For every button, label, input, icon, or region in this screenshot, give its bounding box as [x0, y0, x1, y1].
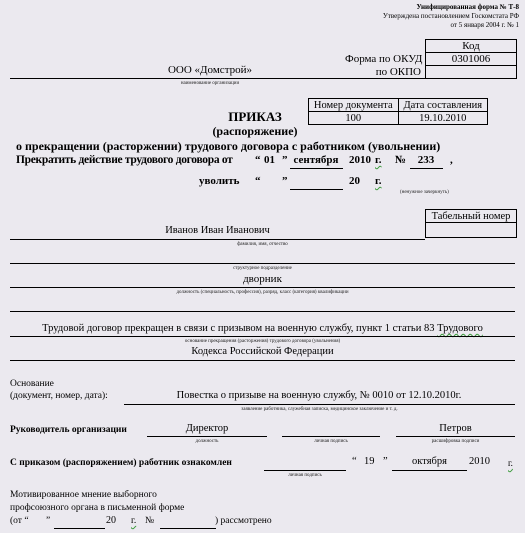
head-name-line: [396, 436, 515, 437]
approved-date: от 5 января 2004 г. № 1: [451, 21, 519, 29]
dismiss-year-prefix: 20: [349, 175, 360, 187]
basis-value[interactable]: Повестка о призыве на военную службу, № …: [124, 390, 514, 401]
terminate-month-line: [290, 168, 343, 169]
codes-header: Код: [426, 40, 517, 53]
personnel-number-header: Табельный номер: [426, 210, 517, 223]
organization-line: [10, 78, 425, 79]
ack-year-suffix: г.: [508, 458, 513, 468]
organization-name[interactable]: ООО «Домстрой»: [10, 64, 410, 76]
ack-day[interactable]: 19: [364, 456, 375, 467]
dismiss-note: (ненужное зачеркнуть): [400, 190, 449, 195]
terminate-day-open: “: [255, 154, 261, 166]
basis-caption: заявление работника, служебная записка, …: [124, 407, 515, 412]
acknowledged-signature-caption: личная подпись: [264, 473, 346, 478]
approved-by: Утверждена постановлением Госкомстата РФ: [383, 12, 519, 20]
personnel-number-value[interactable]: [426, 223, 517, 238]
terminate-number[interactable]: 233: [410, 154, 442, 166]
dismiss-label: уволить: [199, 175, 239, 187]
employee-position[interactable]: дворник: [10, 273, 515, 285]
ack-month-line: [392, 470, 467, 471]
doc-date-header: Дата составления: [398, 99, 487, 112]
employee-name-caption: фамилия, имя, отчество: [10, 242, 515, 247]
terminate-day[interactable]: 01: [264, 154, 275, 166]
basis-label2: (документ, номер, дата):: [10, 391, 108, 401]
terminate-month[interactable]: сентября: [290, 154, 342, 166]
doc-date-value[interactable]: 19.10.2010: [398, 112, 487, 125]
union-end: ) рассмотрено: [215, 516, 272, 526]
basis-line: [124, 404, 515, 405]
grounds-line1[interactable]: Трудовой договор прекращен в связи с при…: [10, 323, 515, 334]
head-label: Руководитель организации: [10, 425, 127, 435]
head-signature-line[interactable]: [282, 436, 380, 437]
union-number-label: №: [145, 516, 154, 526]
union-number-line[interactable]: [160, 528, 216, 529]
head-name-caption: расшифровка подписи: [396, 439, 515, 444]
dismiss-month-line[interactable]: [290, 189, 343, 190]
ack-day-open: “: [352, 456, 357, 467]
terminate-year-suffix: г.: [375, 154, 382, 166]
union-line1: Мотивированное мнение выборного: [10, 490, 157, 500]
basis-label1: Основание: [10, 379, 54, 389]
dismiss-day-open: “: [255, 175, 261, 187]
document-table: Номер документа Дата составления 100 19.…: [308, 98, 488, 125]
ack-day-close: ”: [383, 456, 388, 467]
dismiss-day-close: ”: [282, 175, 288, 187]
okpo-value[interactable]: [426, 66, 517, 79]
head-position-caption: должность: [147, 439, 267, 444]
union-from: (от “: [10, 516, 29, 526]
union-close-quote: ”: [46, 516, 50, 526]
terminate-label-text: Прекратить действие трудового договора о…: [16, 154, 233, 166]
union-year-prefix: 20: [106, 515, 116, 526]
doc-number-value[interactable]: 100: [309, 112, 399, 125]
acknowledged-label: С приказом (распоряжением) работник озна…: [10, 458, 232, 468]
terminate-year[interactable]: 2010: [349, 154, 371, 166]
grounds-caption: основание прекращения (расторжения) труд…: [10, 339, 515, 344]
acknowledged-signature-line[interactable]: [264, 470, 346, 471]
union-line2: профсоюзного органа в письменной форме: [10, 503, 184, 513]
order-title: ПРИКАЗ: [200, 109, 310, 125]
employee-name[interactable]: Иванов Иван Иванович: [10, 225, 425, 236]
employee-name-line: [10, 239, 425, 240]
department-line[interactable]: [10, 263, 515, 264]
terminate-number-label: №: [395, 154, 406, 166]
form-title: Унифицированная форма № Т-8: [416, 3, 519, 11]
ack-month[interactable]: октября: [392, 456, 467, 467]
union-month-line[interactable]: [54, 528, 105, 529]
organization-caption: наименование организации: [10, 81, 410, 86]
terminate-label: Прекратить действие трудового договора о…: [16, 154, 233, 166]
terminate-number-line: [410, 168, 443, 169]
terminate-day-close: ”: [282, 154, 288, 166]
okud-value[interactable]: 0301006: [426, 53, 517, 66]
head-position[interactable]: Директор: [147, 423, 267, 434]
grounds-line2-rule: [10, 360, 515, 361]
department-caption: структурное подразделение: [10, 266, 515, 271]
personnel-number-table: Табельный номер: [425, 209, 517, 238]
position-caption: должность (специальность, профессия), ра…: [10, 290, 515, 295]
head-signature-caption: личная подпись: [282, 439, 380, 444]
blank-line: [10, 311, 515, 312]
grounds-line1-rule: [10, 336, 515, 337]
grounds-line2[interactable]: Кодекса Российской Федерации: [10, 346, 515, 357]
grounds-line1-end: Трудового: [437, 323, 483, 334]
dismiss-year-suffix: г.: [375, 175, 382, 187]
position-line: [10, 287, 515, 288]
union-year-suffix: г.: [131, 516, 136, 526]
codes-table: Код 0301006: [425, 39, 517, 79]
order-subtitle: (распоряжение): [190, 124, 320, 139]
grounds-line1-text: Трудовой договор прекращен в связи с при…: [42, 323, 434, 334]
doc-number-header: Номер документа: [309, 99, 399, 112]
head-name[interactable]: Петров: [396, 423, 515, 434]
order-subject: о прекращении (расторжении) трудового до…: [16, 139, 440, 154]
ack-year[interactable]: 2010: [469, 456, 490, 467]
head-position-line: [147, 436, 267, 437]
terminate-comma: ,: [450, 154, 453, 166]
